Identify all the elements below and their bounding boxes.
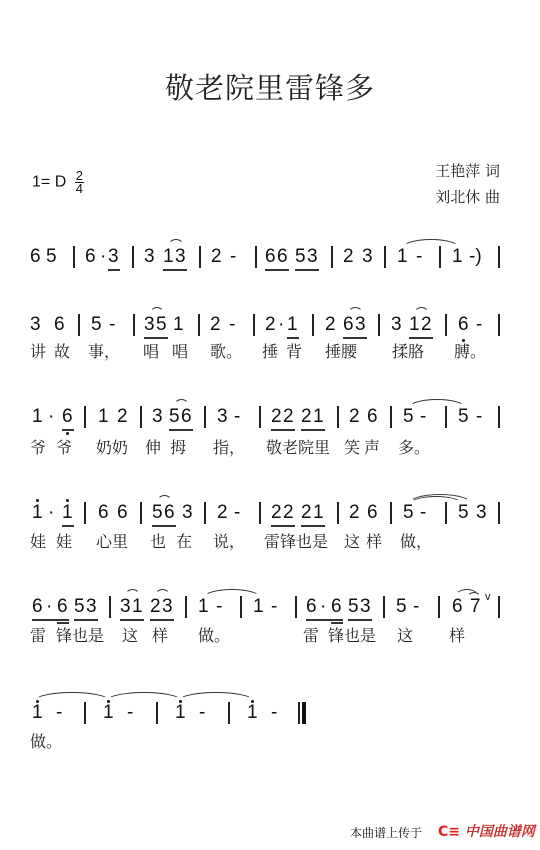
note: 6: [367, 406, 378, 428]
key-signature: 1= D 2 4: [32, 170, 84, 195]
note: 2: [150, 596, 161, 618]
note: 2: [283, 406, 294, 428]
note: 3: [217, 406, 228, 428]
note: 5: [295, 246, 306, 268]
note: 2: [211, 246, 222, 268]
note: 2: [349, 502, 360, 524]
rest-dash: -): [469, 246, 482, 268]
note: 1: [173, 314, 184, 336]
note: 1: [32, 406, 43, 428]
note: 5: [156, 314, 167, 336]
note: 3: [162, 596, 173, 618]
note: 5: [169, 406, 180, 428]
note: 5: [458, 502, 469, 524]
rest-dash: -: [109, 314, 115, 336]
rest-dash: -: [216, 596, 222, 618]
note: 6: [32, 596, 43, 618]
note: 3: [30, 314, 41, 336]
dot-extension: ·: [320, 596, 326, 618]
note: 1: [253, 596, 264, 618]
rest-dash: -: [234, 502, 240, 524]
note: 1: [452, 246, 463, 268]
logo-mark-icon: C≡: [438, 824, 460, 840]
key-label: 1= D: [32, 174, 66, 191]
note: 3: [144, 314, 155, 336]
site-logo[interactable]: C≡ 中国曲谱网: [438, 821, 535, 841]
note: 5: [74, 596, 85, 618]
note: 3: [175, 246, 186, 268]
note: 6: [265, 246, 276, 268]
note: 2: [117, 406, 128, 428]
rest-dash: -: [420, 502, 426, 524]
note: 3: [182, 502, 193, 524]
note: 3: [108, 246, 119, 268]
note: 1: [32, 702, 43, 724]
note: 2: [210, 314, 221, 336]
rest-dash: -: [229, 314, 235, 336]
note: 6: [98, 502, 109, 524]
lyricist-credit: 王艳萍 词: [435, 160, 500, 181]
logo-text: 中国曲谱网: [465, 824, 535, 840]
note: 6: [181, 406, 192, 428]
note: 5: [46, 246, 57, 268]
note: 3: [144, 246, 155, 268]
rest-dash: -: [234, 406, 240, 428]
note: 6: [164, 502, 175, 524]
note: 3: [307, 246, 318, 268]
note: 1: [198, 596, 209, 618]
note: 6: [30, 246, 41, 268]
dot-extension: ·: [100, 246, 106, 268]
dot-extension: ·: [48, 502, 54, 524]
dot-extension: ·: [48, 406, 54, 428]
rest-dash: -: [271, 596, 277, 618]
note: 2: [421, 314, 432, 336]
note: 2: [271, 406, 282, 428]
note: 2: [265, 314, 276, 336]
rest-dash: -: [476, 314, 482, 336]
note: 2: [271, 502, 282, 524]
breath-mark: v: [485, 586, 491, 608]
note: 5: [91, 314, 102, 336]
note: 2: [349, 406, 360, 428]
rest-dash: -: [420, 406, 426, 428]
rest-dash: -: [230, 246, 236, 268]
note: 1: [409, 314, 420, 336]
note: 1: [313, 406, 324, 428]
note: 2: [343, 246, 354, 268]
note: 6: [62, 406, 73, 428]
note: 5: [348, 596, 359, 618]
note: 1: [32, 502, 43, 524]
rest-dash: -: [413, 596, 419, 618]
note: 3: [355, 314, 366, 336]
note: 5: [396, 596, 407, 618]
note: 6: [117, 502, 128, 524]
note: 2: [301, 406, 312, 428]
note: 3: [120, 596, 131, 618]
note: 6: [331, 596, 342, 618]
dot-extension: ·: [278, 314, 284, 336]
final-barline: [302, 702, 306, 724]
note: 6: [343, 314, 354, 336]
note: 7: [470, 596, 481, 618]
rest-dash: -: [56, 702, 62, 724]
note: 6: [452, 596, 463, 618]
note: 2: [301, 502, 312, 524]
note: 6: [277, 246, 288, 268]
note: 1: [247, 702, 258, 724]
note: 5: [458, 406, 469, 428]
note: 6: [458, 314, 469, 336]
rest-dash: -: [271, 702, 277, 724]
rest-dash: -: [476, 406, 482, 428]
note: 1: [313, 502, 324, 524]
time-signature: 2 4: [75, 170, 84, 195]
note: 1: [132, 596, 143, 618]
dot-extension: ·: [46, 596, 52, 618]
note: 6: [57, 596, 68, 618]
note: 6: [54, 314, 65, 336]
note: 1: [175, 702, 186, 724]
note: 1: [103, 702, 114, 724]
rest-dash: -: [127, 702, 133, 724]
note: 1: [287, 314, 298, 336]
note: 2: [283, 502, 294, 524]
note: 3: [360, 596, 371, 618]
note: 2: [217, 502, 228, 524]
note: 6: [367, 502, 378, 524]
note: 1: [397, 246, 408, 268]
composer-credit: 刘北休 曲: [435, 186, 500, 207]
note: 5: [403, 502, 414, 524]
rest-dash: -: [416, 246, 422, 268]
rest-dash: -: [199, 702, 205, 724]
note: 1: [62, 502, 73, 524]
note: 3: [476, 502, 487, 524]
song-title: 敬老院里雷锋多: [0, 66, 540, 107]
note: 3: [391, 314, 402, 336]
note: 3: [152, 406, 163, 428]
note: 3: [362, 246, 373, 268]
note: 1: [163, 246, 174, 268]
note: 6: [306, 596, 317, 618]
upload-attribution: 本曲谱上传于: [350, 824, 422, 841]
note: 3: [86, 596, 97, 618]
note: 6: [85, 246, 96, 268]
note: 5: [403, 406, 414, 428]
note: 5: [152, 502, 163, 524]
note: 2: [325, 314, 336, 336]
note: 1: [98, 406, 109, 428]
